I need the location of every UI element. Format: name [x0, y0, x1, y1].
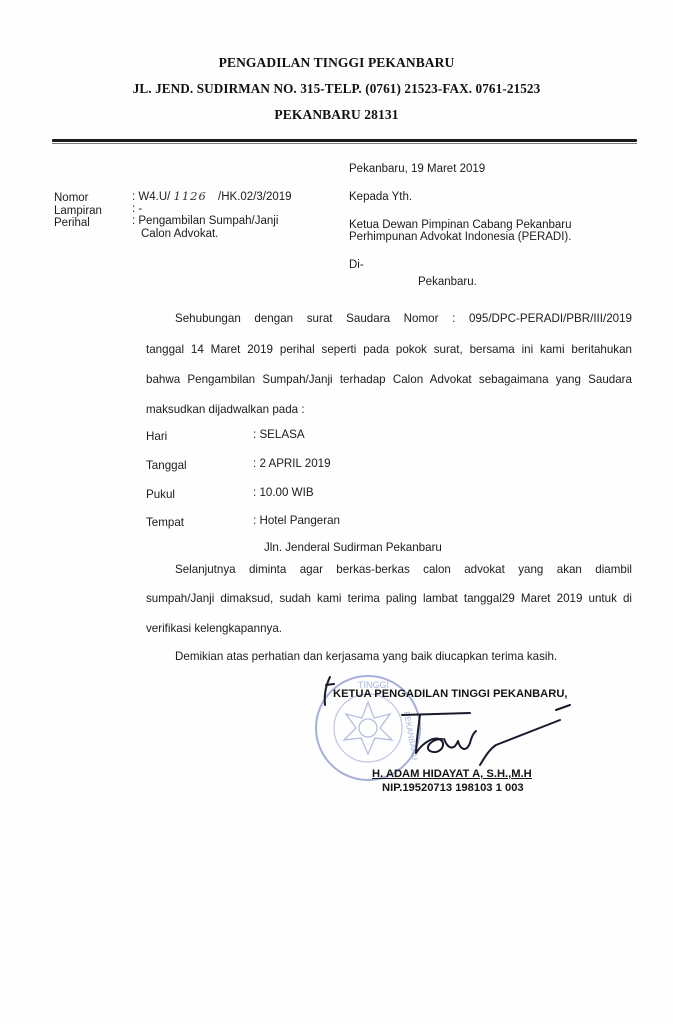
- letterhead-divider: [52, 139, 637, 142]
- schedule-value-pukul: : 10.00 WIB: [253, 486, 314, 500]
- closing-line: Demikian atas perhatian dan kerjasama ya…: [175, 650, 557, 664]
- schedule-value-tanggal: : 2 APRIL 2019: [253, 457, 331, 471]
- institution-address: JL. JEND. SUDIRMAN NO. 315-TELP. (0761) …: [0, 76, 673, 102]
- perihal-value-line2: Calon Advokat.: [141, 227, 218, 241]
- para1-line4: maksudkan dijadwalkan pada :: [146, 403, 632, 417]
- schedule-label-pukul: Pukul: [146, 488, 175, 502]
- nomor-value: : W4.U/ 1126 /HK.02/3/2019: [132, 189, 292, 204]
- signatory-title: KETUA PENGADILAN TINGGI PEKANBARU,: [333, 688, 568, 700]
- recipient-di: Di-: [349, 258, 364, 272]
- para2-line1: Selanjutnya diminta agar berkas-berkas c…: [175, 563, 632, 577]
- para1-line1: Sehubungan dengan surat Saudara Nomor : …: [175, 312, 632, 326]
- schedule-label-tempat: Tempat: [146, 516, 184, 530]
- schedule-value-tempat: : Hotel Pangeran: [253, 514, 340, 528]
- institution-city: PEKANBARU 28131: [0, 102, 673, 128]
- signatory-name: H. ADAM HIDAYAT A, S.H.,M.H: [372, 768, 532, 780]
- letter-page: PENGADILAN TINGGI PEKANBARU JL. JEND. SU…: [0, 0, 673, 1024]
- para2-line2: sumpah/Janji dimaksud, sudah kami terima…: [146, 592, 632, 606]
- perihal-label: Perihal: [54, 216, 90, 230]
- nomor-handwritten: 1126: [174, 189, 207, 203]
- recipient-salutation: Kepada Yth.: [349, 190, 412, 204]
- schedule-label-tanggal: Tanggal: [146, 459, 187, 473]
- letterhead-divider-thin: [52, 143, 637, 144]
- place-date: Pekanbaru, 19 Maret 2019: [349, 162, 485, 176]
- recipient-line2: Perhimpunan Advokat Indonesia (PERADI).: [349, 230, 571, 244]
- signatory-nip: NIP.19520713 198103 1 003: [382, 782, 524, 794]
- perihal-value-line1: : Pengambilan Sumpah/Janji: [132, 214, 278, 228]
- para2-line3: verifikasi kelengkapannya.: [146, 622, 632, 636]
- institution-name: PENGADILAN TINGGI PEKANBARU: [0, 50, 673, 76]
- nomor-label: Nomor: [54, 191, 89, 205]
- para1-line3: bahwa Pengambilan Sumpah/Janji terhadap …: [146, 373, 632, 387]
- schedule-address: Jln. Jenderal Sudirman Pekanbaru: [264, 541, 442, 555]
- para1-line2: tanggal 14 Maret 2019 perihal seperti pa…: [146, 343, 632, 357]
- nomor-suffix: /HK.02/3/2019: [218, 191, 292, 203]
- recipient-city: Pekanbaru.: [418, 275, 477, 289]
- schedule-label-hari: Hari: [146, 430, 167, 444]
- schedule-value-hari: : SELASA: [253, 428, 305, 442]
